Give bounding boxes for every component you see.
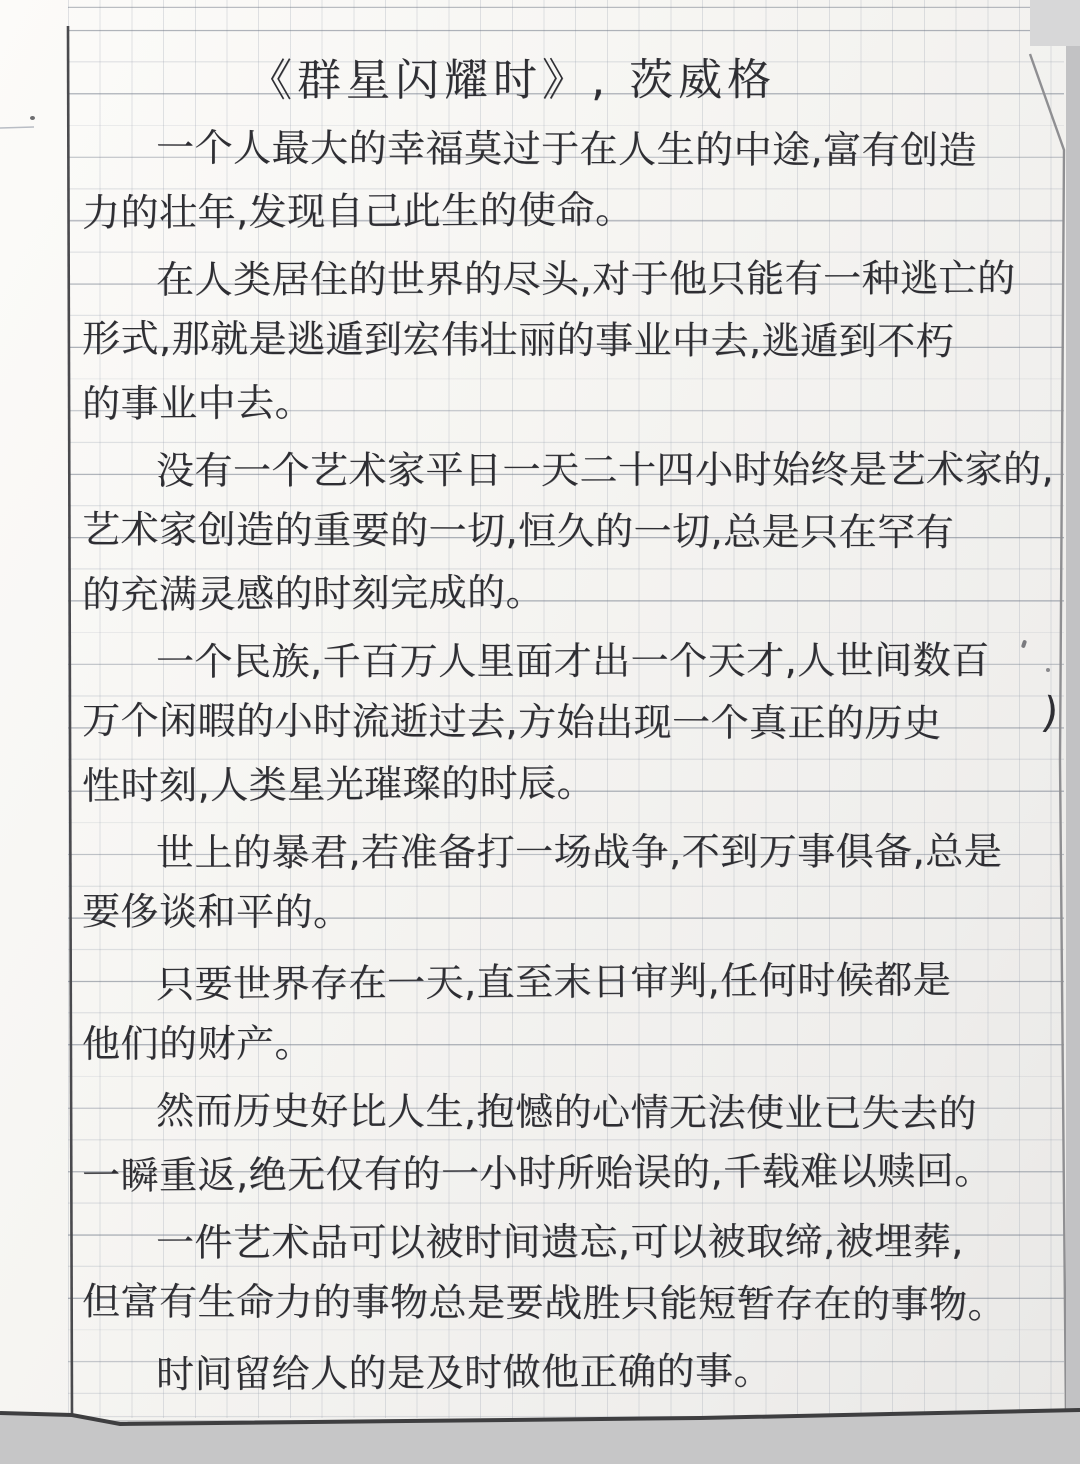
- notebook-photo: 《群星闪耀时》, 茨威格 一个人最大的幸福莫过于在人生的中途,富有创造 力的壮年…: [0, 0, 1080, 1464]
- handwritten-line: 性时刻,人类星光璀璨的时辰。: [82, 750, 1040, 817]
- handwritten-line: 在人类居住的世界的尽头,对于他只能有一种逃亡的: [82, 248, 1040, 311]
- handwritten-line: 万个闲暇的小时流逝过去,方始出现一个真正的历史: [82, 690, 1040, 754]
- handwritten-line: 一个民族,千百万人里面才出一个天才,人世间数百: [82, 630, 1040, 693]
- handwritten-line: 要侈谈和平的。: [82, 881, 1040, 945]
- ink-speck: [1046, 668, 1050, 672]
- handwritten-text: 《群星闪耀时》, 茨威格 一个人最大的幸福莫过于在人生的中途,富有创造 力的壮年…: [82, 50, 1040, 1403]
- handwritten-line: 时间留给人的是及时做他正确的事。: [82, 1339, 1040, 1406]
- margin-line: [68, 26, 72, 1418]
- handwritten-line: 的事业中去。: [82, 368, 1040, 435]
- handwritten-line: 一个人最大的幸福莫过于在人生的中途,富有创造: [82, 117, 1040, 181]
- handwritten-line: 一瞬重返,绝无仅有的一小时所贻误的,千载难以赎回。: [82, 1140, 1040, 1207]
- handwritten-line: 世上的暴君,若准备打一场战争,不到万事俱备,总是: [82, 821, 1040, 884]
- handwritten-line: 形式,那就是逃遁到宏伟壮丽的事业中去,逃遁到不朽: [82, 308, 1040, 372]
- handwritten-line: 的充满灵感的时刻完成的。: [82, 559, 1040, 626]
- handwritten-line: 但富有生命力的事物总是要战胜只能短暂存在的事物。: [82, 1271, 1040, 1335]
- page-title: 《群星闪耀时》, 茨威格: [82, 49, 1040, 112]
- handwritten-line: 力的壮年,发现自己此生的使命。: [82, 177, 1040, 244]
- handwritten-line: 艺术家创造的重要的一切,恒久的一切,总是只在罕有: [82, 499, 1040, 563]
- handwritten-line: 然而历史好比人生,抱憾的心情无法使业已失去的: [82, 1080, 1040, 1144]
- handwritten-line: 一件艺术品可以被时间遗忘,可以被取缔,被埋葬,: [82, 1211, 1040, 1274]
- ink-speck: [30, 116, 35, 120]
- handwritten-line: 他们的财产。: [82, 1012, 1040, 1075]
- handwritten-line: 没有一个艺术家平日一天二十四小时始终是艺术家的,: [82, 439, 1040, 502]
- handwritten-line: 只要世界存在一天,直至末日审判,任何时候都是: [82, 949, 1040, 1016]
